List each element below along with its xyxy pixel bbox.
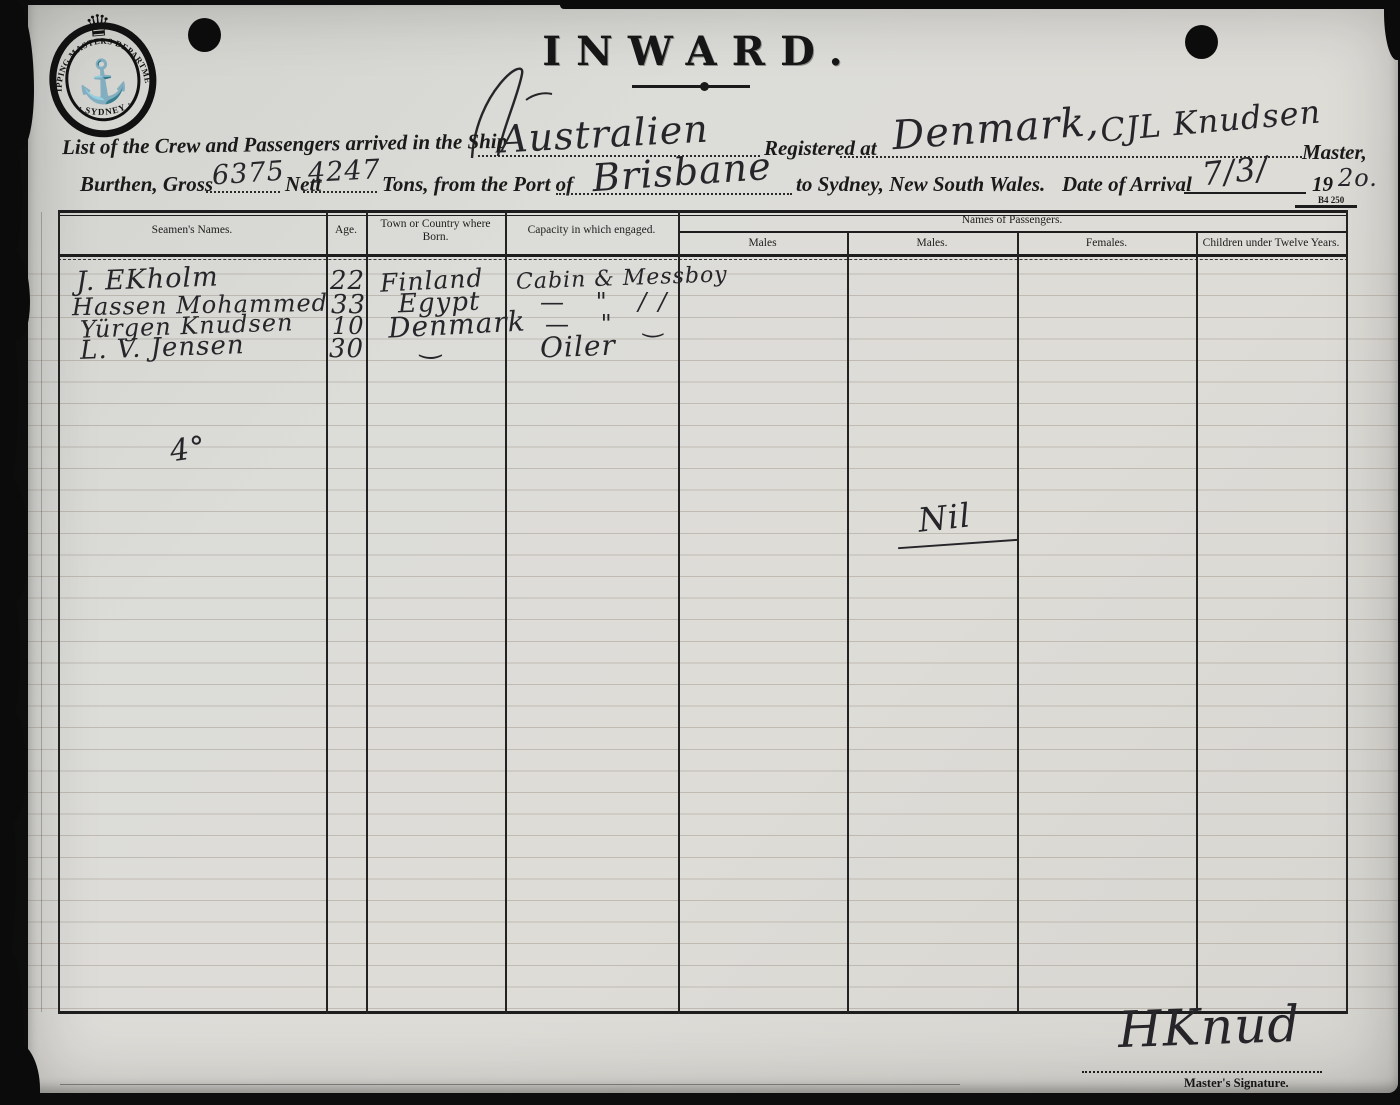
crew-born-ditto: ‿ <box>420 330 442 360</box>
crew-name: L. V. Jensen <box>80 330 246 366</box>
nett-tons-handwritten: 4247 <box>307 154 381 189</box>
col-header-passengers: Names of Passengers. <box>678 214 1346 226</box>
col-header-age: Age. <box>326 224 366 236</box>
passengers-header-underline <box>678 231 1348 233</box>
nett-tons-line <box>303 190 377 193</box>
year-handwritten: 2o. <box>1338 164 1378 192</box>
table-border-left <box>58 210 60 1014</box>
header-bottom-border-inner <box>58 259 1348 260</box>
scanned-document-page: ♛ SHIPPING MASTERS DEPARTMENT · SYDNEY ·… <box>0 0 1400 1105</box>
date-handwritten: 7/3/ <box>1200 149 1270 194</box>
col-divider-age-born <box>366 210 368 1014</box>
form-number-rule <box>1295 205 1357 208</box>
shipping-masters-stamp: ♛ SHIPPING MASTERS DEPARTMENT · SYDNEY ·… <box>30 0 169 143</box>
form-number: B4 250 <box>1318 195 1344 205</box>
gross-tons-handwritten: 6375 <box>211 156 286 192</box>
torn-edge-fragment <box>0 250 30 340</box>
port-of-label: Tons, from the Port of <box>382 172 573 197</box>
col-divider-females-children <box>1196 232 1198 1014</box>
torn-edge-fragment <box>0 710 26 820</box>
master-signature-handwritten: HKnud <box>1117 995 1301 1059</box>
year-printed: 19 <box>1312 172 1333 197</box>
torn-edge-fragment <box>0 330 18 490</box>
ruled-lines <box>28 253 1398 1013</box>
anchor-icon: ⚓ <box>75 55 131 108</box>
col-header-born: Town or Country where Born. <box>368 218 503 244</box>
title-divider-ornament <box>632 85 750 88</box>
col-header-males-2: Males. <box>847 237 1017 249</box>
col-divider-names-age <box>326 210 328 1014</box>
col-header-females: Females. <box>1017 237 1196 249</box>
torn-edge-fragment <box>0 590 20 720</box>
crew-total-note: 4° <box>168 430 209 470</box>
paper-bottom-edge-shadow <box>60 1084 960 1085</box>
date-of-arrival-label: Date of Arrival <box>1062 172 1192 197</box>
torn-edge-fragment <box>0 140 22 260</box>
to-sydney-label: to Sydney, New South Wales. <box>796 172 1045 197</box>
header-bottom-border <box>58 254 1348 257</box>
punch-hole-left <box>188 18 221 52</box>
master-signature-label: Master's Signature. <box>1184 1076 1289 1091</box>
col-header-seamen-names: Seamen's Names. <box>58 224 326 236</box>
col-divider-capacity-passengers <box>678 210 680 1014</box>
fold-crease <box>41 212 42 1012</box>
col-header-capacity: Capacity in which engaged. <box>507 224 676 236</box>
signature-line <box>1082 1071 1322 1073</box>
col-header-males-1: Males <box>678 237 847 249</box>
scan-edge-top <box>560 0 1400 9</box>
col-divider-males1-males2 <box>847 232 849 1014</box>
table-top-border <box>58 210 1348 213</box>
crew-age: 30 <box>329 334 364 364</box>
table-border-right <box>1346 210 1348 1014</box>
col-header-children: Children under Twelve Years. <box>1196 237 1346 249</box>
torn-edge-fragment <box>0 480 28 600</box>
date-line <box>1184 192 1306 194</box>
master-label: Master, <box>1302 140 1367 165</box>
passengers-nil-note: Nil <box>916 495 973 539</box>
col-divider-males2-females <box>1017 232 1019 1014</box>
gross-tons-line <box>206 190 280 193</box>
crew-capacity: Oiler <box>539 329 616 365</box>
punch-hole-right <box>1185 25 1218 59</box>
torn-edge-fragment <box>0 810 16 960</box>
burthen-gross-label: Burthen, Gross <box>80 172 213 197</box>
